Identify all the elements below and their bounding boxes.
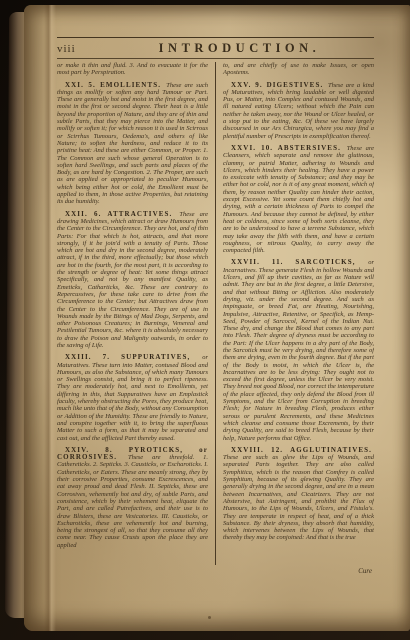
stain-speck	[208, 616, 211, 619]
section-paragraph-emollients: XXI. 5. EMOLLIENTS. These are such thing…	[57, 82, 208, 206]
continuation-paragraph: to, and are chiefly of use to make Issue…	[223, 62, 374, 77]
paragraph-text: These are drawing Medicines, which attra…	[57, 211, 208, 349]
paragraph-text: These are such things as mollify or soft…	[57, 82, 208, 206]
section-heading: XXVII. 11. SARCOTICKS,	[231, 258, 356, 266]
catchword: Cure	[57, 565, 374, 575]
section-paragraph-attractives: XXII. 6. ATTRACTIVES. These are drawing …	[57, 211, 208, 350]
section-paragraph-digestives: XXV. 9. DIGESTIVES. These are a kind of …	[223, 82, 374, 140]
paragraph-text: These are such as glew the Lips of Wound…	[223, 454, 374, 541]
section-heading: XXVIII. 12. AGGLUTINATIVES.	[231, 446, 372, 454]
text-column-right: to, and are chiefly of use to make Issue…	[216, 62, 374, 565]
section-heading: XXI. 5. EMOLLIENTS.	[65, 81, 161, 89]
paragraph-text: These are threefold. 1. Cathereticks. 2.…	[57, 454, 208, 549]
section-paragraph-pyroticks: XXIV. 8. PYROTICKS, or CORROSIVES. These…	[57, 447, 208, 549]
page-crease	[44, 5, 56, 631]
paragraph-text: or make it thin and fluid. 3. And to eva…	[57, 62, 208, 76]
text-columns: or make it thin and fluid. 3. And to eva…	[57, 62, 374, 565]
header-rule-bottom	[57, 58, 374, 59]
section-heading: XXIII. 7. SUPPURATIVES,	[65, 353, 190, 361]
paragraph-text: or Incarnatives. These generate Flesh in…	[223, 259, 374, 441]
section-paragraph-suppuratives: XXIII. 7. SUPPURATIVES, or Maturatives. …	[57, 354, 208, 442]
paragraph-text: These are a kind of Maturatives, which b…	[223, 82, 374, 140]
section-heading: XXV. 9. DIGESTIVES.	[231, 81, 323, 89]
folio-number: viii	[57, 43, 115, 55]
page-header: viii INTRODUCTION.	[57, 38, 374, 58]
section-paragraph-agglutinatives: XXVIII. 12. AGGLUTINATIVES. These are su…	[223, 447, 374, 542]
paragraph-text: These are Cleansers, which separate and …	[223, 145, 374, 254]
text-column-left: or make it thin and fluid. 3. And to eva…	[57, 62, 215, 565]
running-title: INTRODUCTION.	[115, 41, 374, 56]
paragraph-text: to, and are chiefly of use to make Issue…	[223, 62, 374, 76]
page-content: viii INTRODUCTION. or make it thin and f…	[57, 37, 374, 575]
section-heading: XXII. 6. ATTRACTIVES.	[65, 210, 172, 218]
continuation-paragraph: or make it thin and fluid. 3. And to eva…	[57, 62, 208, 77]
section-paragraph-abstersives: XXVI. 10. ABSTERSIVES. These are Cleanse…	[223, 145, 374, 254]
section-heading: XXVI. 10. ABSTERSIVES.	[231, 144, 341, 152]
paragraph-text: or Maturatives. These turn into Matter, …	[57, 354, 208, 441]
section-paragraph-sarcoticks: XXVII. 11. SARCOTICKS, or Incarnatives. …	[223, 259, 374, 441]
